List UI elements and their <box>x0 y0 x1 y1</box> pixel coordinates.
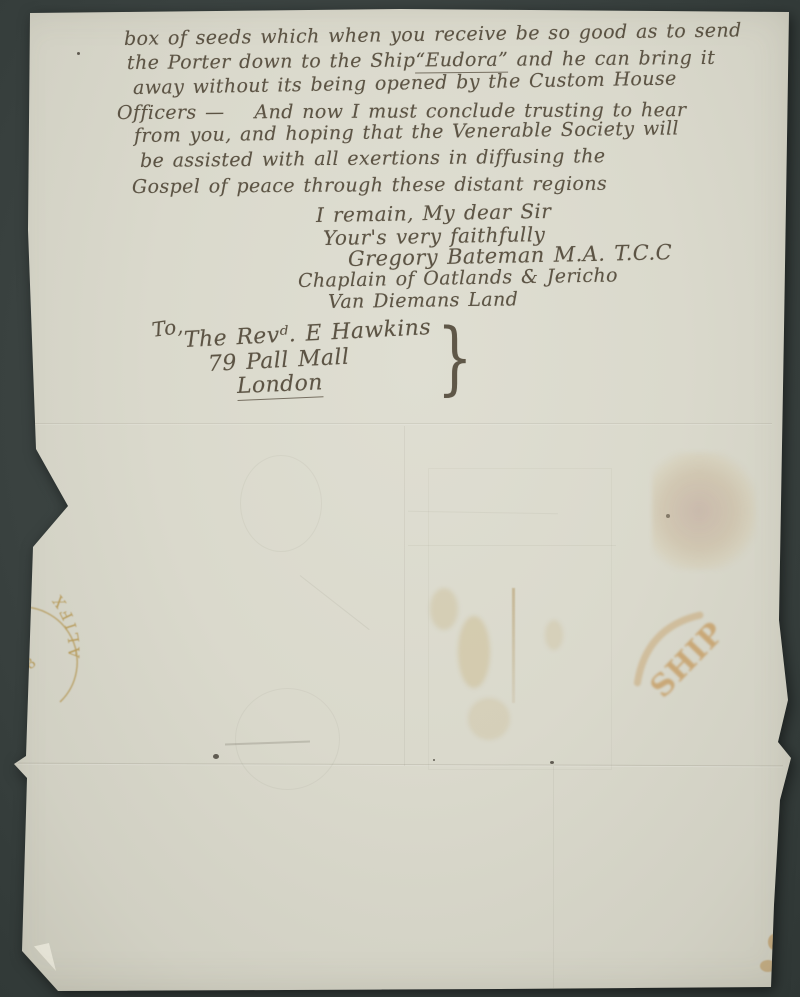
fold-crease-horizontal-upper <box>32 423 772 424</box>
postmark-right-text: SHIP <box>644 615 732 704</box>
letter-paper: box of seeds which when you receive be s… <box>0 0 800 997</box>
fold-crease-vertical-lower <box>553 766 554 988</box>
postmark-left-arc-text: ALIFX <box>46 588 83 659</box>
signature-place: Van Diemans Land <box>328 288 519 313</box>
ink-speck <box>433 759 435 761</box>
body-line-4-officers: Officers — <box>117 101 225 124</box>
postmark-left-inner-text: 8 <box>22 655 39 673</box>
body-line-7: Gospel of peace through these distant re… <box>132 173 607 198</box>
svg-text:ALIFX: ALIFX <box>46 588 83 659</box>
fold-corner-flap <box>34 943 56 971</box>
body-line-6: be assisted with all exertions in diffus… <box>140 145 606 172</box>
fold-corner-line <box>21 950 59 992</box>
wax-seal-stain <box>652 452 756 570</box>
ghost-mark-diagonal <box>300 575 370 630</box>
paper-shadow: box of seeds which when you receive be s… <box>0 0 800 997</box>
address-to: To, <box>150 314 184 342</box>
foxing-spot <box>760 960 776 972</box>
stain-blotch <box>468 698 510 740</box>
wax-seal-dot <box>666 514 670 518</box>
body-line-1: box of seeds which when you receive be s… <box>124 19 742 50</box>
postmark-left: ALIFX 8 <box>0 548 136 738</box>
stain-blotch <box>545 620 563 650</box>
fold-crease-horizontal-lower <box>18 763 783 767</box>
ghost-mark-oval <box>240 455 322 552</box>
body-line-2-pre: the Porter down to the Ship <box>127 49 416 74</box>
ink-speck <box>550 761 554 764</box>
foxing-spot <box>768 934 780 950</box>
stain-blotch <box>430 588 458 630</box>
address-brace: } <box>437 318 473 398</box>
signature-title: Chaplain of Oatlands & Jericho <box>298 264 618 292</box>
ink-speck <box>77 52 80 55</box>
ghost-mark-oval <box>235 688 340 790</box>
ink-speck <box>213 754 219 759</box>
letter-photo: box of seeds which when you receive be s… <box>0 0 800 997</box>
postmark-right: SHIP <box>608 588 758 738</box>
stain-blotch <box>458 616 490 688</box>
body-line-2-post: and he can bring it <box>508 47 715 71</box>
address-city: London <box>236 370 323 401</box>
fold-crease-vertical-upper <box>404 426 405 766</box>
